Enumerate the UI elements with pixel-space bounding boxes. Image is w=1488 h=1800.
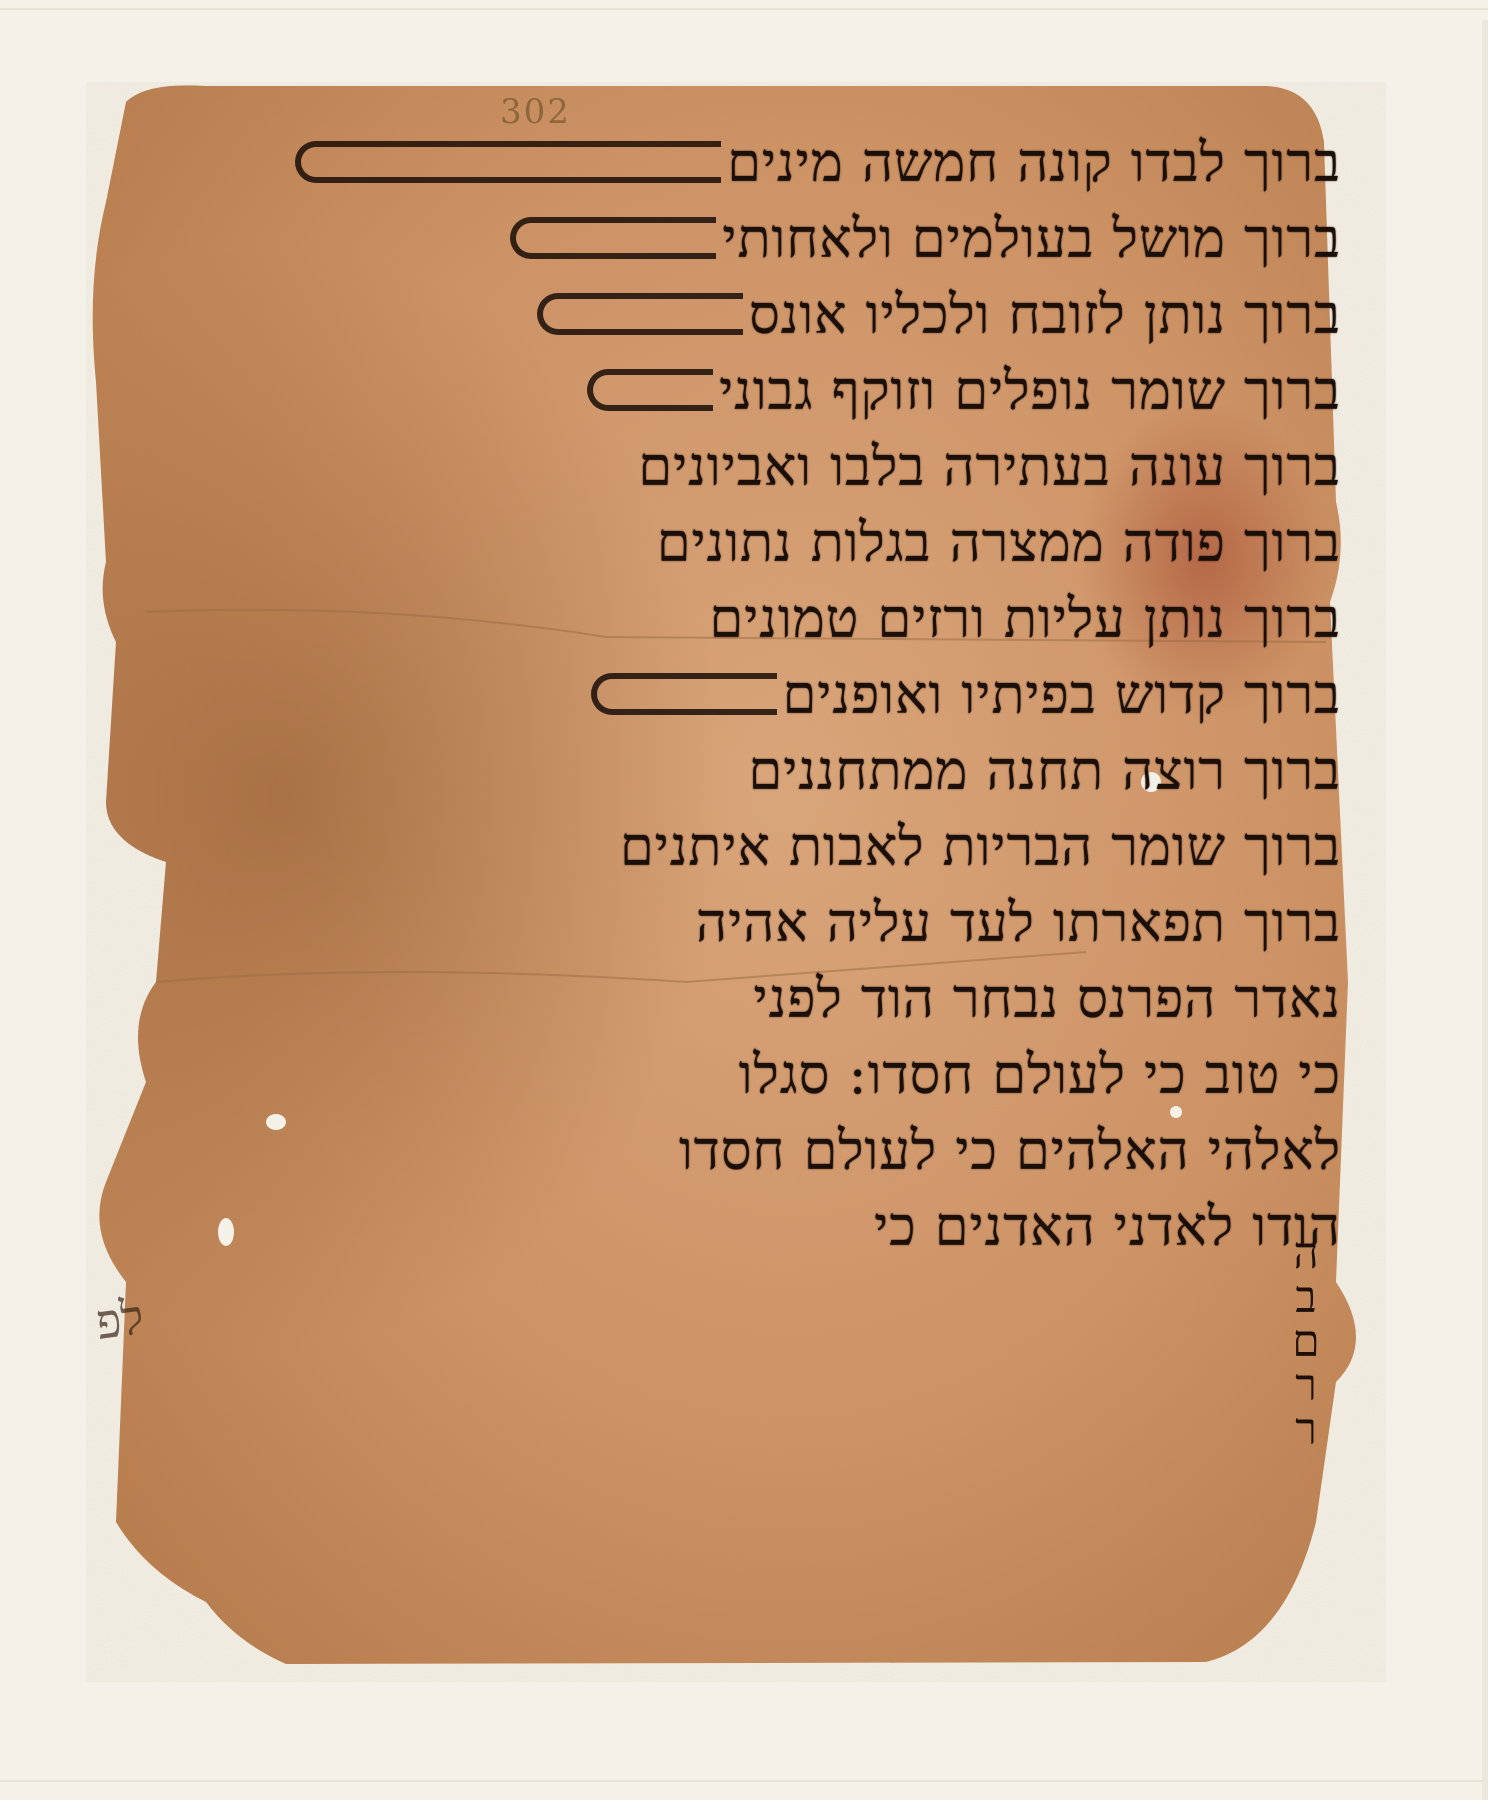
mount-top-line — [0, 8, 1488, 10]
margin-letter: ם — [1292, 1320, 1319, 1364]
manuscript-line: ברוך תפארתו לעד עליה אהיה — [86, 884, 1341, 960]
margin-letter: ב — [1295, 1276, 1316, 1320]
mount-right-edge — [1482, 20, 1488, 1800]
manuscript-line: ברוך פודה ממצרה בגלות נתונים — [86, 504, 1341, 580]
manuscript-line: ברוך לבדו קונה חמשה מינים — [86, 124, 1341, 200]
margin-letter: ה — [1293, 1232, 1318, 1276]
line-filler-stroke — [510, 217, 716, 259]
manuscript-line: נאדר הפרנס נבחר הוד לפני — [86, 960, 1341, 1036]
line-text: נאדר הפרנס נבחר הוד לפני — [754, 967, 1341, 1030]
manuscript-line: ברוך שומר נופלים וזוקף גבוני — [86, 352, 1341, 428]
line-text: ברוך פודה ממצרה בגלות נתונים — [657, 511, 1341, 574]
manuscript-line: ברוך נותן עליות ורזים טמונים — [86, 580, 1341, 656]
parchment-fragment: 302 ברוך לבדו קונה חמשה מינים ברוך מושל … — [86, 82, 1386, 1682]
line-text: ברוך שומר הבריות לאבות איתנים — [620, 815, 1341, 878]
line-filler-stroke — [537, 293, 743, 335]
manuscript-line: ברוך עונה בעתירה בלבו ואביונים — [86, 428, 1341, 504]
line-text: ברוך עונה בעתירה בלבו ואביונים — [638, 435, 1341, 498]
line-text: הודו לאדני האדנים כי — [874, 1195, 1341, 1258]
line-text: ברוך מושל בעולמים ולאחותי — [722, 207, 1341, 270]
line-text: ברוך רוצה תחנה ממתחננים — [749, 739, 1341, 802]
manuscript-line: ברוך קדוש בפיתיו ואופנים — [86, 656, 1341, 732]
line-text: ברוך תפארתו לעד עליה אהיה — [696, 891, 1341, 954]
manuscript-line: ברוך שומר הבריות לאבות איתנים — [86, 808, 1341, 884]
line-text: ברוך לבדו קונה חמשה מינים — [727, 131, 1341, 194]
line-text: ברוך נותן לזובח ולכליו אונס — [749, 283, 1341, 346]
left-margin-note: לפ — [92, 1289, 147, 1351]
manuscript-line: כי טוב כי לעולם חסדו: סגלו — [86, 1036, 1341, 1112]
line-filler-stroke — [295, 141, 721, 183]
margin-letter: ר — [1295, 1364, 1317, 1408]
manuscript-line: ברוך רוצה תחנה ממתחננים — [86, 732, 1341, 808]
manuscript-text-block: ברוך לבדו קונה חמשה מינים ברוך מושל בעול… — [86, 124, 1341, 1264]
line-filler-stroke — [587, 369, 713, 411]
margin-letter: ר — [1295, 1408, 1317, 1452]
mount-bottom-line — [0, 1780, 1488, 1782]
right-margin-annotation: ה ב ם ר ר — [1276, 1232, 1336, 1452]
line-text: כי טוב כי לעולם חסדו: סגלו — [739, 1043, 1341, 1106]
manuscript-line: הודו לאדני האדנים כי — [86, 1188, 1341, 1264]
manuscript-line: לאלהי האלהים כי לעולם חסדו — [86, 1112, 1341, 1188]
line-text: ברוך קדוש בפיתיו ואופנים — [783, 663, 1341, 726]
line-filler-stroke — [591, 673, 777, 715]
line-text: לאלהי האלהים כי לעולם חסדו — [679, 1119, 1341, 1182]
line-text: ברוך שומר נופלים וזוקף גבוני — [719, 359, 1341, 422]
manuscript-line: ברוך מושל בעולמים ולאחותי — [86, 200, 1341, 276]
line-text: ברוך נותן עליות ורזים טמונים — [710, 587, 1341, 650]
manuscript-line: ברוך נותן לזובח ולכליו אונס — [86, 276, 1341, 352]
